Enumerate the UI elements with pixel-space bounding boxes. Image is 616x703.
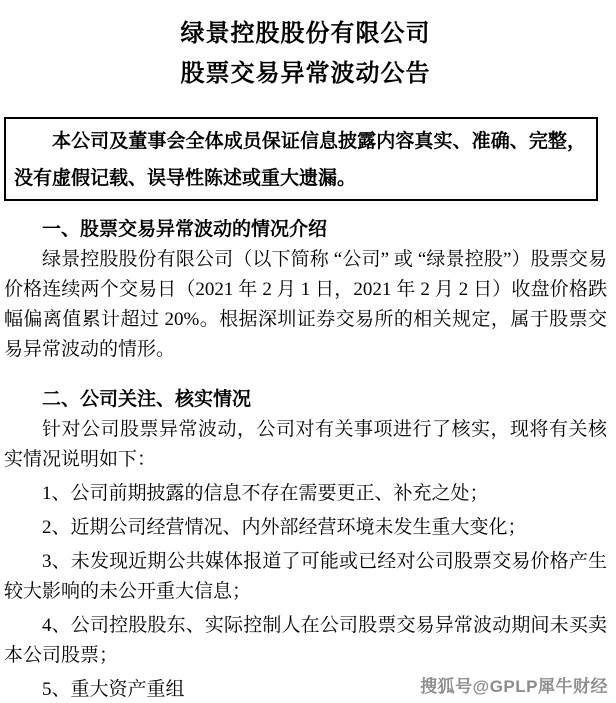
watermark-sohu-gplp: 搜狐号@GPLP犀牛财经 [420, 676, 608, 698]
section-1-heading: 一、股票交易异常波动的情况介绍 [4, 215, 607, 245]
section-2-intro: 针对公司股票异常波动，公司对有关事项进行了核实，现将有关核实情况说明如下： [4, 415, 607, 475]
document-title-line-1: 绿景控股股份有限公司 [4, 14, 607, 54]
section-2-heading: 二、公司关注、核实情况 [4, 385, 607, 415]
disclaimer-text: 本公司及董事会全体成员保证信息披露内容真实、准确、完整，没有虚假记载、误导性陈述… [14, 123, 586, 197]
disclaimer-box: 本公司及董事会全体成员保证信息披露内容真实、准确、完整，没有虚假记载、误导性陈述… [4, 117, 598, 201]
section-2-item-4: 4、公司控股股东、实际控制人在公司股票交易异常波动期间未买卖本公司股票； [4, 611, 607, 671]
section-1-paragraph: 绿景控股股份有限公司（以下简称 “公司” 或 “绿景控股”）股票交易价格连续两个… [4, 245, 607, 365]
section-2-item-1: 1、公司前期披露的信息不存在需要更正、补充之处； [4, 479, 607, 509]
document-title-line-2: 股票交易异常波动公告 [4, 54, 607, 94]
section-2-item-3: 3、未发现近期公共媒体报道了可能或已经对公司股票交易价格产生较大影响的未公开重大… [4, 547, 607, 607]
section-2-item-2: 2、近期公司经营情况、内外部经营环境未发生重大变化； [4, 513, 607, 543]
announcement-document: { "document": { "title_lines": [ "绿景控股股份… [0, 0, 616, 703]
